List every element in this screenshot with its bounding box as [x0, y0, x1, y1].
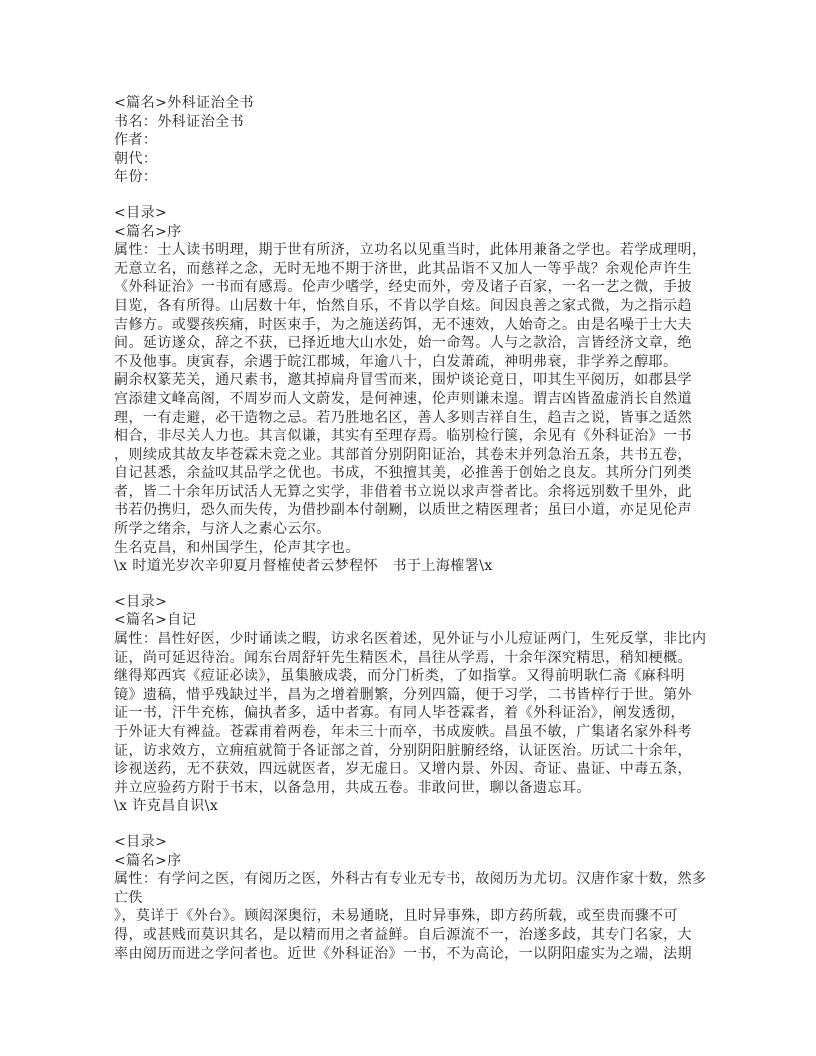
text-line: 理，一有走避，必干造物之忌。若乃胜地名区，善人多则吉祥自生，趋吉之说，皆事之适然	[114, 409, 714, 428]
text-line: 间。延访遂众，辞之不获，已择近地大山水处，始一命驾。人与之款洽，言皆经济文章，绝	[114, 334, 714, 353]
text-line: 《外科证治》一书而有感焉。伦声少嗜学，经史而外，旁及诸子百家，一名一艺之微，手披	[114, 278, 714, 297]
text-line: \x 许克昌自识\x	[114, 797, 714, 816]
text-line: 不及他事。庚寅春，余遇于皖江郡城，年逾八十，白发萧疏，神明弗衰，非学养之醇耶。	[114, 353, 714, 372]
text-line: 亡佚	[114, 889, 714, 908]
text-line: 朝代：	[114, 150, 714, 169]
text-line: 所学之绪余，与济人之素心云尔。	[114, 520, 714, 539]
text-line: <目录>	[114, 593, 714, 612]
text-block-header: <篇名>外科证治全书书名：外科证治全书作者：朝代：年份：	[114, 94, 714, 187]
text-line: 年份：	[114, 168, 714, 187]
text-line: 镜》遗稿，惜乎残缺过半，昌为之增着删繁，分列四篇，便于习学，二书皆梓行于世。第外	[114, 686, 714, 705]
text-line: 书名：外科证治全书	[114, 113, 714, 132]
text-line: 吉修方。或婴孩疾痛，时医束手，为之施送药饵，无不速效，人始奇之。由是名噪于士大夫	[114, 316, 714, 335]
text-line: 率由阅历而进之学问者也。近世《外科证治》一书，不为高论，一以阴阳虚实为之端，法期	[114, 945, 714, 964]
text-line: 无意立名，而慈祥之念，无时无地不期于济世，此其品诣不又加人一等乎哉？余观伦声许生	[114, 260, 714, 279]
text-line: 属性：有学问之医，有阅历之医，外科古有专业无专书，故阅历为尤切。汉唐作家十数，然…	[114, 870, 714, 889]
text-line: 宫添建文峰高阁，不周岁而人文蔚发，是何神速，伦声则谦未遑。谓吉凶皆盈虚消长自然道	[114, 390, 714, 409]
text-line: 作者：	[114, 131, 714, 150]
text-line: 属性：昌性好医，少时诵读之暇，访求名医着述，见外证与小儿痘证两门，生死反掌，非比…	[114, 630, 714, 649]
text-line: 继得郑西宾《痘证必读》，虽集腋成裘，而分门析类，了如指掌。又得前明耿仁斋《麻科明	[114, 667, 714, 686]
text-line: 证，访求效方，立痈疽就简于各证部之首，分别阴阳脏腑经络，认证医治。历试二十余年，	[114, 742, 714, 761]
text-line: 生名克昌，和州国学生，伦声其字也。	[114, 539, 714, 558]
text-line: 并立应验药方附于书末，以备急用，共成五卷。非敢问世，聊以备遗忘耳。	[114, 779, 714, 798]
document-content: <篇名>外科证治全书书名：外科证治全书作者：朝代：年份：<目录><篇名>序属性：…	[114, 94, 714, 963]
text-line: 诊视送药，无不获效，四远就医者，岁无虚日。又增内景、外因、奇证、蛊证、中毒五条，	[114, 760, 714, 779]
text-block-self-record: <目录><篇名>自记属性：昌性好医，少时诵读之暇，访求名医着述，见外证与小儿痘证…	[114, 593, 714, 816]
text-line: 相合，非尽关人力也。其言似谦，其实有至理存焉。临别检行箧，余见有《外科证治》一书	[114, 427, 714, 446]
text-line: ，则续成其故友毕苍霖未竞之业。其部首分别阴阳证治，其卷末并列急治五条，共书五卷，	[114, 446, 714, 465]
text-line: 证一书，汗牛充栋，偏执者多，适中者寡。有同人毕苍霖者，着《外科证治》，阐发透彻，	[114, 704, 714, 723]
text-line: <篇名>外科证治全书	[114, 94, 714, 113]
text-line: 自记甚悉，余益叹其品学之优也。书成，不独擅其美，必推善于创始之良友。其所分门列类	[114, 464, 714, 483]
text-line: 嗣余权篆芜关，通尺素书，邀其掉扁舟冒雪而来，围炉谈论竟日，叩其生平阅历，如郡县学	[114, 371, 714, 390]
text-line: <目录>	[114, 833, 714, 852]
text-line: 目览，各有所得。山居数十年，怡然自乐，不肯以学自炫。间因良善之家式微，为之指示趋	[114, 297, 714, 316]
text-line: 于外证大有裨益。苍霖甫着两卷，年未三十而卒，书成废帙。昌虽不敏，广集诸名家外科考	[114, 723, 714, 742]
text-line: 证，尚可延迟待治。闻东台周舒轩先生精医术，昌往从学焉，十余年深究精思，稍知梗概。	[114, 649, 714, 668]
text-block-preface-one: <目录><篇名>序属性：士人读书明理，期于世有所济，立功名以见重当时，此体用兼备…	[114, 204, 714, 576]
text-line: <篇名>序	[114, 223, 714, 242]
text-line: <目录>	[114, 204, 714, 223]
text-line: 得，或甚贱而莫识其名，是以精而用之者益鲜。自后源流不一，治遂多歧，其专门名家，大	[114, 926, 714, 945]
text-line: 属性：士人读书明理，期于世有所济，立功名以见重当时，此体用兼备之学也。若学成理明…	[114, 241, 714, 260]
text-line: <篇名>自记	[114, 611, 714, 630]
text-line: 书若仍携归，恐久而失传，为借抄副本付剞劂，以质世之精医理者；虽曰小道，亦足见伦声	[114, 501, 714, 520]
text-line: 》，莫详于《外台》。顾闳深奥衍，未易通晓，且时异事殊，即方药所载，或至贵而骤不可	[114, 907, 714, 926]
text-line: <篇名>序	[114, 852, 714, 871]
document-page: <篇名>外科证治全书书名：外科证治全书作者：朝代：年份：<目录><篇名>序属性：…	[0, 0, 816, 1056]
text-line: \x 时道光岁次辛卯夏月督榷使者云梦程怀 书于上海榷署\x	[114, 557, 714, 576]
text-block-preface-two: <目录><篇名>序属性：有学问之医，有阅历之医，外科古有专业无专书，故阅历为尤切…	[114, 833, 714, 963]
text-line: 者，皆二十余年历试活人无算之实学，非借着书立说以求声誉者比。余将远别数千里外，此	[114, 483, 714, 502]
